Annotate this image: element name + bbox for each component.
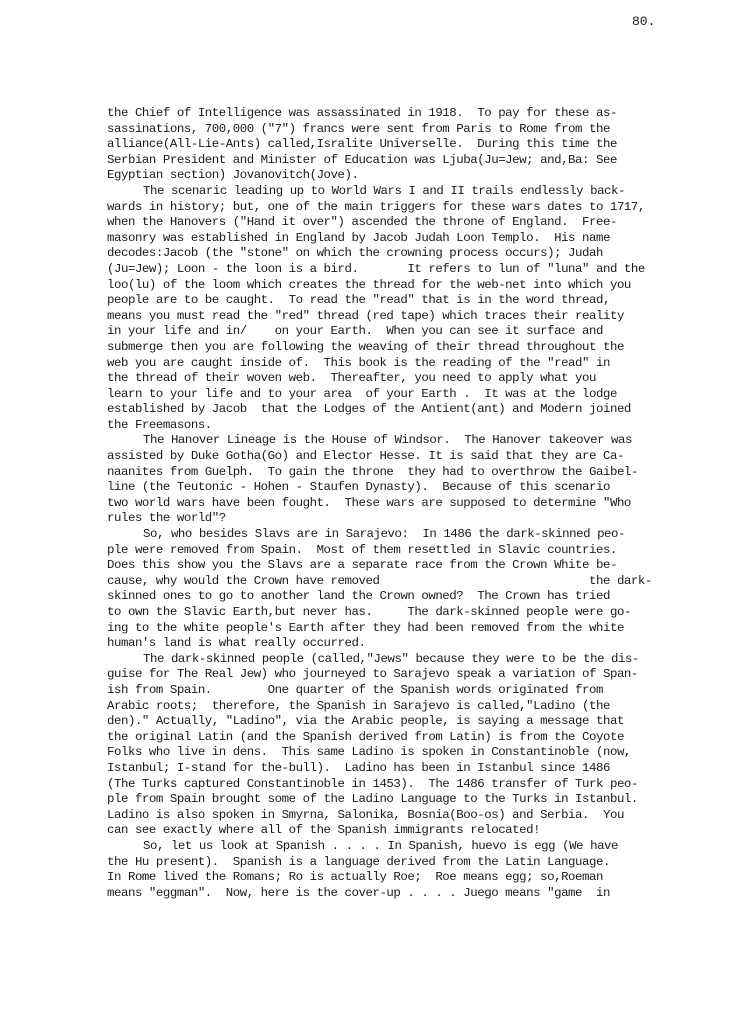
text-line: wards in history; but, one of the main t…	[107, 200, 647, 216]
text-line: the original Latin (and the Spanish deri…	[107, 730, 647, 746]
text-line: decodes:Jacob (the "stone" on which the …	[107, 246, 647, 262]
text-line: Arabic roots; therefore, the Spanish in …	[107, 699, 647, 715]
text-line: submerge then you are following the weav…	[107, 340, 647, 356]
text-line: Folks who live in dens. This same Ladino…	[107, 745, 647, 761]
text-line: ing to the white people's Earth after th…	[107, 621, 647, 637]
text-line: alliance(All-Lie-Ants) called,Isralite U…	[107, 137, 647, 153]
text-line: den)." Actually, "Ladino", via the Arabi…	[107, 714, 647, 730]
text-line: So, who besides Slavs are in Sarajevo: I…	[107, 527, 647, 543]
text-line: can see exactly where all of the Spanish…	[107, 823, 647, 839]
text-line: ple from Spain brought some of the Ladin…	[107, 792, 647, 808]
text-line: human's land is what really occurred.	[107, 636, 647, 652]
text-line: (Ju=Jew); Loon - the loon is a bird. It …	[107, 262, 647, 278]
text-line: Egyptian section) Jovanovitch(Jove).	[107, 168, 647, 184]
text-line: ish from Spain. One quarter of the Spani…	[107, 683, 647, 699]
text-line: learn to your life and to your area of y…	[107, 387, 647, 403]
text-line: loo(lu) of the loom which creates the th…	[107, 278, 647, 294]
text-line: (The Turks captured Constantinoble in 14…	[107, 777, 647, 793]
text-line: guise for The Real Jew) who journeyed to…	[107, 667, 647, 683]
text-line: In Rome lived the Romans; Ro is actually…	[107, 870, 647, 886]
text-line: The scenaric leading up to World Wars I …	[107, 184, 647, 200]
text-line: assisted by Duke Gotha(Go) and Elector H…	[107, 449, 647, 465]
text-line: to own the Slavic Earth,but never has. T…	[107, 605, 647, 621]
text-line: established by Jacob that the Lodges of …	[107, 402, 647, 418]
text-line: The Hanover Lineage is the House of Wind…	[107, 433, 647, 449]
text-line: So, let us look at Spanish . . . . In Sp…	[107, 839, 647, 855]
text-line: the Hu present). Spanish is a language d…	[107, 855, 647, 871]
text-line: when the Hanovers ("Hand it over") ascen…	[107, 215, 647, 231]
text-line: Ladino is also spoken in Smyrna, Salonik…	[107, 808, 647, 824]
text-line: the Freemasons.	[107, 418, 647, 434]
body-text: the Chief of Intelligence was assassinat…	[107, 106, 647, 901]
text-line: sassinations, 700,000 ("7") francs were …	[107, 122, 647, 138]
text-line: Istanbul; I-stand for the-bull). Ladino …	[107, 761, 647, 777]
text-line: web you are caught inside of. This book …	[107, 356, 647, 372]
text-line: means "eggman". Now, here is the cover-u…	[107, 886, 647, 902]
text-line: masonry was established in England by Ja…	[107, 231, 647, 247]
text-line: two world wars have been fought. These w…	[107, 496, 647, 512]
text-line: means you must read the "red" thread (re…	[107, 309, 647, 325]
text-line: Serbian President and Minister of Educat…	[107, 153, 647, 169]
page-number: 80.	[632, 14, 655, 29]
text-line: in your life and in/ on your Earth. When…	[107, 324, 647, 340]
text-line: rules the world"?	[107, 511, 647, 527]
text-line: ple were removed from Spain. Most of the…	[107, 543, 647, 559]
text-line: line (the Teutonic - Hohen - Staufen Dyn…	[107, 480, 647, 496]
text-line: skinned ones to go to another land the C…	[107, 589, 647, 605]
text-line: The dark-skinned people (called,"Jews" b…	[107, 652, 647, 668]
text-line: people are to be caught. To read the "re…	[107, 293, 647, 309]
text-line: cause, why would the Crown have removed …	[107, 574, 647, 590]
text-line: the Chief of Intelligence was assassinat…	[107, 106, 647, 122]
text-line: naanites from Guelph. To gain the throne…	[107, 465, 647, 481]
text-line: the thread of their woven web. Thereafte…	[107, 371, 647, 387]
text-line: Does this show you the Slavs are a separ…	[107, 558, 647, 574]
